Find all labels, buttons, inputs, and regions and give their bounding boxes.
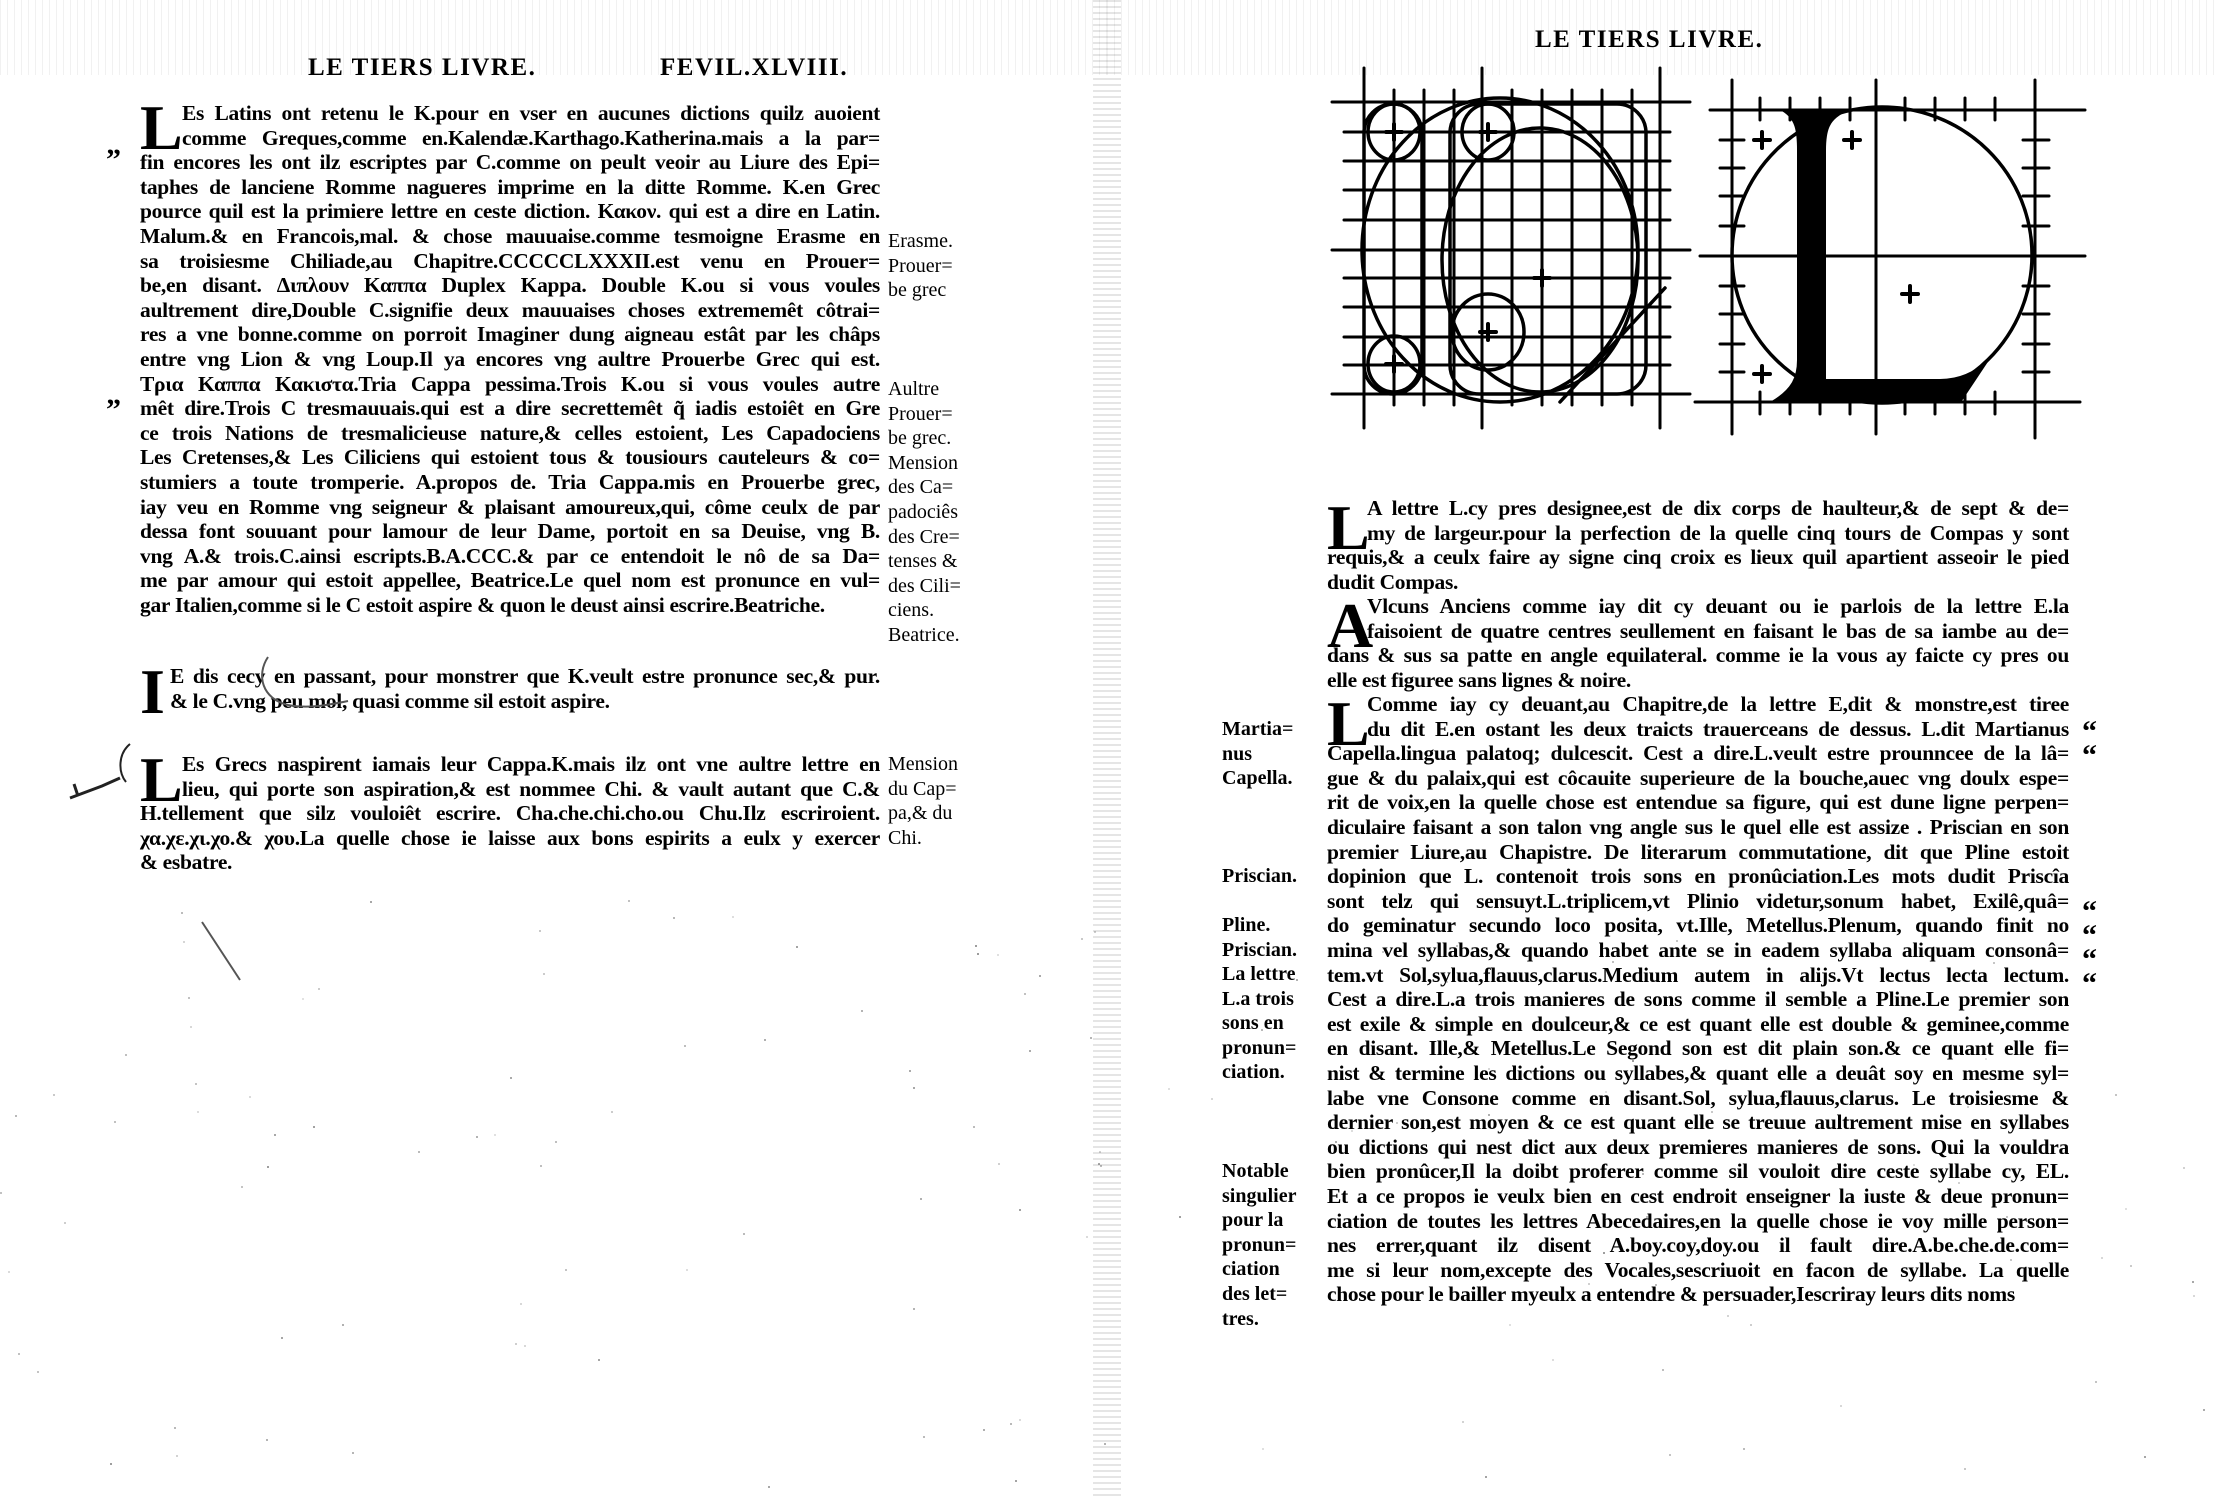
scan-speck	[1838, 1007, 1840, 1009]
scan-speck	[1612, 961, 1614, 963]
scan-speck	[1552, 1359, 1554, 1361]
margin-note-line: tenses &	[888, 549, 957, 574]
scan-speck	[8, 1271, 10, 1273]
scan-speck	[796, 946, 798, 948]
scan-speck	[973, 1126, 975, 1128]
quote-mark: ”	[106, 400, 121, 420]
margin-note-line: La lettre	[1222, 962, 1296, 987]
scan-speck	[1676, 940, 1678, 942]
dropcap-letter: I	[140, 664, 165, 720]
text-line: entre vng Lion & vng Loup.Il ya encores …	[140, 347, 880, 371]
margin-note-line: pronun=	[1222, 1233, 1296, 1258]
scan-speck	[1104, 1443, 1106, 1445]
margin-note-line: Mension	[888, 451, 958, 476]
handwritten-check-icon	[60, 740, 170, 820]
scan-speck	[540, 1165, 542, 1167]
text-line: elle est figuree sans lignes & noire.	[1327, 668, 2069, 692]
scan-speck	[611, 1111, 613, 1113]
scan-speck	[510, 1077, 512, 1079]
scan-speck	[1588, 1283, 1590, 1285]
scan-speck	[520, 1303, 522, 1305]
scan-speck	[1019, 1209, 1021, 1211]
scan-speck	[1488, 1068, 1490, 1070]
text-line: pource quil est la primiere lettre en ce…	[140, 199, 880, 223]
scan-speck	[555, 1141, 557, 1143]
text-line: taphes de lanciene Romme nagueres imprim…	[140, 175, 880, 199]
scan-speck	[418, 1151, 420, 1153]
margin-note-line: sons en	[1222, 1011, 1284, 1036]
margin-note-line: Priscian.	[1222, 938, 1297, 963]
margin-note-line: Martia=	[1222, 717, 1293, 742]
text-line: dans & sus sa patte en angle equilateral…	[1327, 643, 2069, 667]
scan-speck	[628, 900, 630, 902]
scan-speck	[1168, 1088, 1170, 1090]
scan-speck	[1335, 1141, 1337, 1143]
scan-speck	[524, 1345, 526, 1347]
scan-speck	[1646, 1216, 1648, 1218]
scan-speck	[64, 1222, 66, 1224]
margin-note-line: des Ca=	[888, 475, 953, 500]
scan-speck	[673, 917, 675, 919]
scan-speck	[1090, 1037, 1092, 1039]
margin-note-line: des let=	[1222, 1282, 1287, 1307]
scan-speck	[920, 1198, 922, 1200]
folio-number: FEVIL.XLVIII.	[660, 54, 848, 82]
scan-speck	[861, 1010, 863, 1012]
scan-speck	[281, 1337, 283, 1339]
scan-speck	[53, 1094, 55, 1096]
text-line: vng A.& trois.C.ainsi escripts.B.A.CCC.&…	[140, 544, 880, 568]
text-line: fin encores les ont ilz escriptes par C.…	[140, 150, 880, 174]
scan-speck	[1669, 1454, 1671, 1456]
scan-speck	[1913, 1164, 1915, 1166]
scan-speck	[1636, 1102, 1638, 1104]
running-head: LE TIERS LIVRE.	[1535, 26, 1763, 54]
scan-speck	[998, 1163, 1000, 1165]
text-line: sa troisiesme Chiliade,au Chapitre.CCCCC…	[140, 249, 880, 273]
scan-speck	[241, 1186, 243, 1188]
text-line: iay veu en Romme vng seigneur & plaisant…	[140, 495, 880, 519]
scan-speck	[684, 1045, 686, 1047]
text-line: Cest a dire.L.a trois manieres de sons c…	[1327, 987, 2069, 1011]
margin-note-line: pa,& du	[888, 801, 952, 826]
scan-speck	[1029, 1050, 1031, 1052]
scan-speck	[342, 1324, 344, 1326]
scan-speck	[1100, 1165, 1102, 1167]
text-line: nes errer,quant ilz disent A.boy.coy,doy…	[1327, 1233, 2069, 1257]
scan-speck	[267, 1166, 269, 1168]
text-line: dernier son,est moyen & ce est quant ell…	[1327, 1110, 2069, 1134]
scan-speck	[1840, 1405, 1842, 1407]
text-line: faisoient de quatre centres seullement e…	[1367, 619, 2069, 643]
margin-note-line: Prouer=	[888, 402, 953, 427]
margin-note-line: pronun=	[1222, 1036, 1296, 1061]
scan-speck	[1485, 1476, 1487, 1478]
scan-speck	[686, 1269, 688, 1271]
scan-speck	[2203, 1409, 2205, 1411]
scan-speck	[476, 1136, 478, 1138]
scan-speck	[1179, 1216, 1181, 1218]
margin-note-line: Capella.	[1222, 766, 1293, 791]
scan-speck	[1964, 1468, 1966, 1470]
scan-speck	[2010, 1259, 2012, 1261]
scan-speck	[1967, 1106, 1969, 1108]
scan-speck	[1081, 938, 1083, 940]
margin-note-line: des Cre=	[888, 525, 960, 550]
text-line: Comme iay cy deuant,au Chapitre,de la le…	[1367, 692, 2069, 716]
margin-note-line: Notable	[1222, 1159, 1289, 1184]
scan-speck	[1642, 1173, 1644, 1175]
scan-texture	[0, 0, 1107, 75]
margin-note-line: singulier	[1222, 1184, 1296, 1209]
margin-note-line: Beatrice.	[888, 623, 960, 648]
text-line: Malum.& en Francois,mal. & chose mauuais…	[140, 224, 880, 248]
scan-speck	[1456, 945, 1458, 947]
scan-speck	[1662, 1369, 1664, 1371]
scan-speck	[598, 1359, 600, 1361]
text-line: me par amour qui estoit appellee, Beatri…	[140, 568, 880, 592]
margin-note-line: be grec.	[888, 426, 951, 451]
scan-speck	[543, 973, 545, 975]
scan-speck	[1024, 993, 1026, 995]
dropcap-letter: L	[140, 100, 183, 156]
scan-speck	[1605, 1091, 1607, 1093]
margin-note-line: Priscian.	[1222, 864, 1297, 889]
scan-speck	[1488, 1114, 1490, 1116]
text-line: & esbatre.	[140, 850, 880, 874]
margin-note-line: ciation.	[1222, 1060, 1285, 1085]
scan-speck	[2144, 1456, 2146, 1458]
scan-speck	[1727, 1315, 1729, 1317]
scan-speck	[15, 1115, 17, 1117]
scan-speck	[983, 1429, 985, 1431]
text-line: est exile & simple en doulceur,& ce est …	[1327, 1012, 2069, 1036]
scan-speck	[266, 1439, 268, 1441]
text-line: Les Cretenses,& Les Ciliciens qui estoie…	[140, 445, 880, 469]
scan-speck	[913, 1308, 915, 1310]
margin-note-line: Mension	[888, 752, 958, 777]
gutter	[1107, 0, 1121, 1500]
scan-speck	[2115, 1094, 2117, 1096]
scan-speck	[110, 1463, 112, 1465]
scan-speck	[1351, 1130, 1353, 1132]
scan-speck	[1462, 1421, 1464, 1423]
letter-l-construction-figure	[1320, 60, 2110, 500]
scan-speck	[2101, 1257, 2103, 1259]
text-line: A lettre L.cy pres designee,est de dix c…	[1367, 496, 2069, 520]
scan-speck	[732, 916, 734, 918]
handwritten-stroke-icon	[200, 920, 260, 990]
scan-speck	[1839, 1001, 1841, 1003]
text-line: Capella.lingua palatoq; dulcescit. Cest …	[1327, 741, 2069, 765]
scan-speck	[37, 1371, 39, 1373]
margin-note-line: nus	[1222, 742, 1252, 767]
text-line: Vlcuns Anciens comme iay dit cy deuant o…	[1367, 594, 2069, 618]
scan-speck	[197, 1111, 199, 1113]
scan-speck	[0, 1192, 2, 1194]
scan-speck	[174, 1427, 176, 1429]
scan-speck	[1603, 1252, 1605, 1254]
text-line: gue & du palaix,qui est côcauite superie…	[1327, 766, 2069, 790]
text-line: Es Latins ont retenu le K.pour en vser e…	[182, 101, 880, 125]
scan-speck	[515, 1343, 517, 1345]
scan-speck	[125, 1054, 127, 1056]
margin-note-line: be grec	[888, 278, 946, 303]
text-line: ciation de toutes les lettres Abecedaire…	[1327, 1209, 2069, 1233]
text-line: be,en disant. Διπλουν Καππα Duplex Kappa…	[140, 273, 880, 297]
text-line: aultrement dire,Double C.signifie deux m…	[140, 298, 880, 322]
scan-speck	[176, 1455, 178, 1457]
scan-speck	[1019, 1419, 1021, 1421]
margin-note-line: Aultre	[888, 377, 939, 402]
scan-speck	[1382, 951, 1384, 953]
scan-speck	[2192, 1281, 2194, 1283]
margin-note-line: ciation	[1222, 1257, 1280, 1282]
scan-speck	[181, 912, 183, 914]
scan-speck	[1211, 1098, 1213, 1100]
margin-note-line: padociês	[888, 500, 958, 525]
scan-speck	[977, 953, 979, 955]
scan-speck	[318, 988, 320, 990]
text-line: dudit Compas.	[1327, 570, 2069, 594]
scan-speck	[1743, 1448, 1745, 1450]
scan-speck	[313, 1126, 315, 1128]
scan-speck	[494, 1134, 496, 1136]
text-line: ou dictions qui nest dict aux deux premi…	[1327, 1135, 2069, 1159]
text-line: rit de voix,en la quelle chose est enten…	[1327, 790, 2069, 814]
margin-note-line: L.a trois	[1222, 987, 1294, 1012]
scan-speck	[1010, 1423, 1012, 1425]
scan-speck	[975, 945, 977, 947]
scan-speck	[195, 1083, 197, 1085]
scan-speck	[1632, 1060, 1634, 1062]
scan-speck	[1396, 1122, 1398, 1124]
scan-speck	[370, 901, 372, 903]
text-line: mêt dire.Trois C tresmauuais.qui est a d…	[140, 396, 880, 420]
scan-speck	[352, 1452, 354, 1454]
text-line: lieu, qui porte son aspiration,& est nom…	[182, 777, 880, 801]
scan-speck	[274, 1134, 276, 1136]
margin-note-line: des Cili=	[888, 574, 961, 599]
scan-speck	[1015, 1480, 1017, 1482]
scan-speck	[1241, 1192, 1243, 1194]
scan-speck	[188, 997, 190, 999]
scan-speck	[302, 998, 304, 1000]
scan-speck	[2125, 1208, 2127, 1210]
margin-note-line: pour la	[1222, 1208, 1283, 1233]
margin-note-line: tres.	[1222, 1307, 1259, 1332]
quote-mark: “	[2082, 746, 2097, 766]
margin-note-line: ciens.	[888, 598, 934, 623]
scan-speck	[2095, 1381, 2097, 1383]
scan-speck	[1229, 1291, 1231, 1293]
scan-speck	[1099, 1151, 1101, 1153]
scan-speck	[2193, 1295, 2195, 1297]
scan-speck	[1261, 1029, 1263, 1031]
text-line: chose pour le bailler myeulx a entendre …	[1327, 1282, 2069, 1306]
scan-speck	[764, 1039, 766, 1041]
text-line: nist & termine les dictions ou syllabes,…	[1327, 1061, 2069, 1085]
scan-speck	[1509, 1324, 1511, 1326]
gutter	[1093, 0, 1107, 1500]
scan-speck	[249, 1096, 251, 1098]
text-line: me si leur nom,excepte des Vocales,sescr…	[1327, 1258, 2069, 1282]
scan-speck	[1958, 1182, 1960, 1184]
text-line: my de largeur.pour la perfection de la q…	[1367, 521, 2069, 545]
text-line: Τρια Καππα Κακιστα.Tria Cappa pessima.Tr…	[140, 372, 880, 396]
scan-speck	[1993, 962, 1995, 964]
text-line: Et a ce propos ie veulx bien en cest end…	[1327, 1184, 2069, 1208]
text-line: χα.χε.χι.χο.& χου.La quelle chose ie lai…	[140, 826, 880, 850]
text-line: du dit E.en ostant les deux traicts trau…	[1367, 717, 2069, 741]
text-line: comme Greques,comme en.Kalendæ.Karthago.…	[182, 126, 880, 150]
text-line: en disant. Ille,& Metellus.Le Segond son…	[1327, 1036, 2069, 1060]
scan-speck	[1094, 931, 1096, 933]
scan-speck	[1086, 1236, 1088, 1238]
scan-speck	[539, 930, 541, 932]
text-line: tem.vt Sol,sylua,flauus,clarus.Medium au…	[1327, 963, 2069, 987]
scan-speck	[1360, 1224, 1362, 1226]
scan-speck	[18, 1353, 20, 1355]
running-head: LE TIERS LIVRE.	[308, 54, 536, 82]
text-line: sont telz qui sensuyt.L.triplicem,vt Pli…	[1327, 889, 2069, 913]
scan-speck	[913, 1087, 915, 1089]
handwritten-stroke-icon	[248, 655, 368, 715]
scan-speck	[1039, 975, 1041, 977]
text-line: requis,& a ceulx faire ay signe cinq cro…	[1327, 545, 2069, 569]
scan-speck	[1711, 1111, 1713, 1113]
text-line: res a vne bonne.comme on porroit Imagine…	[140, 322, 880, 346]
margin-note-line: Pline.	[1222, 913, 1270, 938]
scan-speck	[923, 1436, 925, 1438]
margin-note-line: du Cap=	[888, 777, 957, 802]
scan-speck	[1463, 1194, 1465, 1196]
text-line: do geminatur secundo loco posita, vt.Ill…	[1327, 913, 2069, 937]
scan-speck	[1499, 1001, 1501, 1003]
quote-mark: “	[2082, 974, 2097, 994]
scan-speck	[997, 954, 999, 956]
text-line: ce trois Nations de tresmalicieuse natur…	[140, 421, 880, 445]
text-line: diculaire faisant a son talon vng angle …	[1327, 815, 2069, 839]
scan-speck	[909, 1070, 911, 1072]
text-line: gar Italien,comme si le C estoit aspire …	[140, 593, 880, 617]
text-line: labe vne Consone comme en disant.Sol, sy…	[1327, 1086, 2069, 1110]
quote-mark: ”	[106, 150, 121, 170]
text-line: H.tellement que silz vouloiêt escrire. C…	[140, 801, 880, 825]
right-page: LE TIERS LIVRE.	[1107, 0, 2215, 1500]
scan-speck	[1750, 1324, 1752, 1326]
text-line: mina vel syllabas,& quando habet ante se…	[1327, 938, 2069, 962]
scan-speck	[2183, 1167, 2185, 1169]
scan-speck	[1655, 1284, 1657, 1286]
scan-speck	[565, 1269, 567, 1271]
left-page: LE TIERS LIVRE. FEVIL.XLVIII. L Es Latin…	[0, 0, 1107, 1500]
scan-speck	[2130, 1265, 2132, 1267]
scan-speck	[2006, 1216, 2008, 1218]
scan-speck	[183, 941, 185, 943]
scan-speck	[114, 1121, 116, 1123]
text-line: bien pronûcer,Il la doibt proferer comme…	[1327, 1159, 2069, 1183]
scan-speck	[1985, 1058, 1987, 1060]
text-line: stumiers a toute tromperie. A.propos de.…	[140, 470, 880, 494]
scan-speck	[1262, 1448, 1264, 1450]
text-line: premier Liure,au Chapistre. De literarum…	[1327, 840, 2069, 864]
scan-speck	[190, 1026, 192, 1028]
margin-note-line: Chi.	[888, 826, 922, 851]
text-line: dopinion que L. contenoit trois sons en …	[1327, 864, 2069, 888]
scan-speck	[768, 1486, 770, 1488]
scan-speck	[743, 1233, 745, 1235]
text-line: dessa font souuant pour lamour de leur D…	[140, 519, 880, 543]
margin-note-line: Erasme.	[888, 229, 953, 254]
scan-speck	[1296, 979, 1298, 981]
text-line: Es Grecs naspirent iamais leur Cappa.K.m…	[182, 752, 880, 776]
margin-note-line: Prouer=	[888, 254, 953, 279]
scan-speck	[1446, 981, 1448, 983]
